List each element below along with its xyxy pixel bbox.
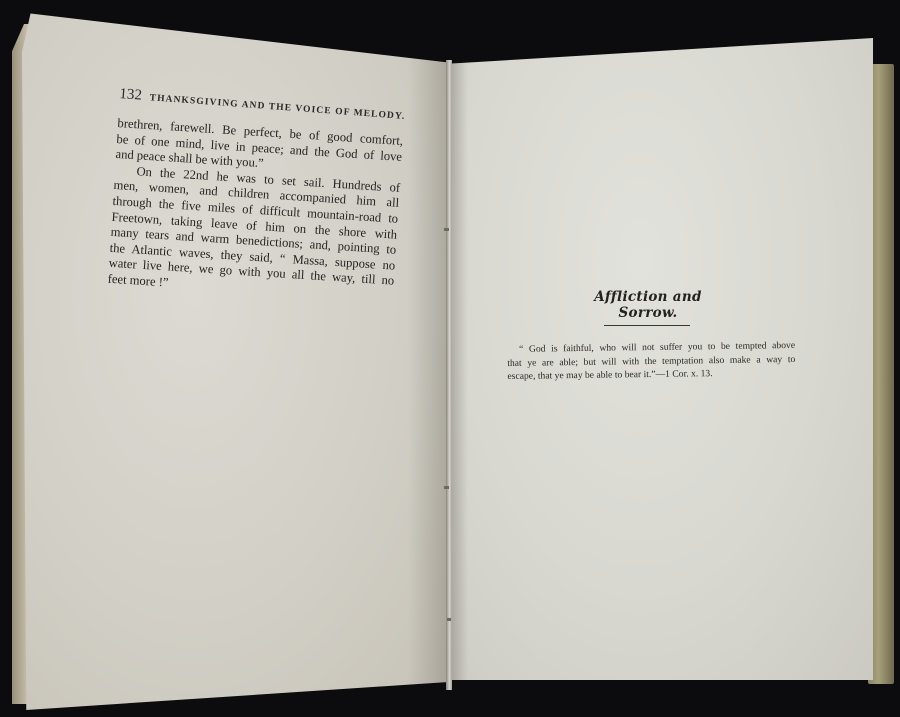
chapter-title: Affliction and Sorrow. xyxy=(582,289,714,321)
binding-thread xyxy=(444,486,449,489)
open-book: 132 THANKSGIVING AND THE VOICE OF MELODY… xyxy=(0,0,900,717)
page-number: 132 xyxy=(119,86,143,105)
title-rule xyxy=(604,325,690,326)
binding-thread xyxy=(444,228,449,231)
left-page-body: brethren, farewell. Be perfect, be of go… xyxy=(107,116,403,305)
epigraph: “ God is faithful, who will not suffer y… xyxy=(507,339,796,384)
book-gutter xyxy=(446,60,452,690)
binding-thread xyxy=(447,618,451,621)
